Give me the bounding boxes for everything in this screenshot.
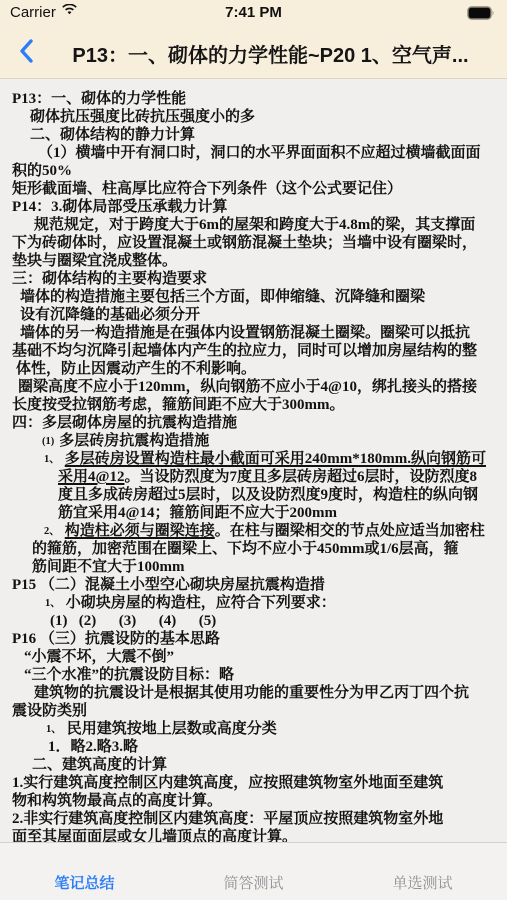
note-text: 2.非实行建筑高度控制区内建筑高度：平屋顶应按照建筑物室外地 [12, 811, 443, 827]
note-line: 度且多成砖房超过5层时，以及设防烈度9度时，构造柱的纵向钢 [12, 486, 495, 504]
note-text: 垫块与圈梁宜浇成整体。 [12, 253, 177, 269]
list-marker: (1) [42, 436, 54, 447]
note-line: （1）横墙中开有洞口时，洞口的水平界面面积不应超过横墙截面面 [12, 144, 495, 162]
note-text: 墙体的另一构造措施是在强体内设置钢筋混凝土圈梁。圈梁可以抵抗 [20, 325, 470, 341]
note-text: 建筑物的抗震设计是根据其使用功能的重要性分为甲乙丙丁四个抗 [34, 685, 469, 701]
note-line: 建筑物的抗震设计是根据其使用功能的重要性分为甲乙丙丁四个抗 [12, 684, 495, 702]
note-line: 三：砌体结构的主要构造要求 [12, 270, 495, 288]
note-line: 砌体抗压强度比砖抗压强度小的多 [12, 108, 495, 126]
note-line: P13：一、砌体的力学性能 [12, 90, 495, 108]
note-text: 二、砌体结构的静力计算 [30, 127, 195, 143]
note-line: 1．略2.略3.略 [12, 738, 495, 756]
note-line: 1.实行建筑高度控制区内建筑高度，应按照建筑物室外地面至建筑 [12, 774, 495, 792]
note-text: P15 （二）混凝土小型空心砌块房屋抗震构造措 [12, 577, 325, 593]
note-line: P15 （二）混凝土小型空心砌块房屋抗震构造措 [12, 576, 495, 594]
note-text: 民用建筑按地上层数或高度分类 [67, 721, 277, 737]
note-line: 圈梁高度不应小于120mm，纵向钢筋不应小于4@10，绑扎接头的搭接 [12, 378, 495, 396]
note-text: 二、建筑高度的计算 [32, 757, 167, 773]
note-text: P14：3.砌体局部受压承载力计算 [12, 199, 227, 215]
note-text: P13：一、砌体的力学性能 [12, 91, 186, 107]
note-text: 长度按受拉钢筋考虑，箍筋间距不应大于300mm。 [12, 397, 345, 413]
note-text: 度且多成砖房超过5层时，以及设防烈度9度时，构造柱的纵向钢 [58, 487, 478, 503]
back-button[interactable] [10, 37, 42, 69]
note-text: (1) (2) (3) (4) (5) [50, 613, 216, 629]
note-line: 1、小砌块房屋的构造柱，应符合下列要求： [12, 594, 495, 612]
note-line: 1、民用建筑按地上层数或高度分类 [12, 720, 495, 738]
note-line: 采用4@12。当设防烈度为7度且多层砖房超过6层时，设防烈度8 [12, 468, 495, 486]
note-line: 基础不均匀沉降引起墙体内产生的拉应力，同时可以增加房屋结构的整 [12, 342, 495, 360]
note-text-underlined: 构造柱必须与圈梁连接 [65, 523, 215, 539]
note-text: 下为砖砌体时，应设置混凝土或钢筋混凝土垫块；当墙中设有圈梁时， [12, 235, 477, 251]
note-text: 1.实行建筑高度控制区内建筑高度，应按照建筑物室外地面至建筑 [12, 775, 443, 791]
note-line: (1) (2) (3) (4) (5) [12, 612, 495, 630]
note-line: 矩形截面墙、柱高厚比应符合下列条件（这个公式要记住） [12, 180, 495, 198]
note-line: 规范规定，对于跨度大于6m的屋架和跨度大于4.8m的梁，其支撑面 [12, 216, 495, 234]
note-text: 三：砌体结构的主要构造要求 [12, 271, 207, 287]
page-title: P13：一、砌体的力学性能~P20 1、空气声... [44, 28, 497, 78]
note-line: 面至其屋面面层或女儿墙顶点的高度计算。 [12, 828, 495, 843]
note-text: 物和构筑物最高点的高度计算。 [12, 793, 222, 809]
note-line: “小震不坏，大震不倒” [12, 648, 495, 666]
note-text: 筋间距不宜大于100mm [32, 559, 185, 575]
note-text-underlined: 多层砖房设置构造柱最小截面可采用240mm*180mm.纵向钢筋可 [65, 451, 486, 467]
note-text: “小震不坏，大震不倒” [24, 649, 174, 665]
note-line: (1)多层砖房抗震构造措施 [12, 432, 495, 450]
note-text-underlined: 采用4@12 [58, 469, 124, 485]
note-text: 。在柱与圈梁相交的节点处应适当加密柱 [215, 523, 485, 539]
list-marker: 1、 [45, 598, 61, 609]
note-text: 砌体抗压强度比砖抗压强度小的多 [30, 109, 255, 125]
note-text: P16 （三）抗震设防的基本思路 [12, 631, 220, 647]
note-line: 下为砖砌体时，应设置混凝土或钢筋混凝土垫块；当墙中设有圈梁时， [12, 234, 495, 252]
list-marker: 2、 [44, 526, 60, 537]
note-line: 墙体的另一构造措施是在强体内设置钢筋混凝土圈梁。圈梁可以抵抗 [12, 324, 495, 342]
tab-short-answer-test[interactable]: 简答测试 [169, 843, 338, 900]
note-line: 体性，防止因震动产生的不利影响。 [12, 360, 495, 378]
list-marker: 1、 [46, 724, 62, 735]
note-line: “三个水准”的抗震设防目标：略 [12, 666, 495, 684]
battery-icon [467, 6, 495, 25]
note-text: 设有沉降缝的基础必须分开 [20, 307, 200, 323]
note-line: 筋宜采用4@14；箍筋间距不应大于200mm [12, 504, 495, 522]
note-text: 体性，防止因震动产生的不利影响。 [16, 361, 256, 377]
status-time: 7:41 PM [0, 4, 507, 21]
note-text: “三个水准”的抗震设防目标：略 [24, 667, 234, 683]
note-line: 垫块与圈梁宜浇成整体。 [12, 252, 495, 270]
note-text: 圈梁高度不应小于120mm，纵向钢筋不应小于4@10，绑扎接头的搭接 [18, 379, 477, 395]
app-screen: Carrier 7:41 PM P [0, 0, 507, 900]
tab-multiple-choice-test[interactable]: 单选测试 [338, 843, 507, 900]
notes-content[interactable]: P13：一、砌体的力学性能砌体抗压强度比砖抗压强度小的多二、砌体结构的静力计算（… [0, 79, 507, 843]
note-text: 多层砖房抗震构造措施 [59, 433, 209, 449]
note-text: 的箍筋，加密范围在圈梁上、下均不应小于450mm或1/6层高，箍 [32, 541, 459, 557]
note-text: 小砌块房屋的构造柱，应符合下列要求： [66, 595, 336, 611]
note-line: 2、构造柱必须与圈梁连接。在柱与圈梁相交的节点处应适当加密柱 [12, 522, 495, 540]
status-bar: Carrier 7:41 PM [0, 0, 507, 28]
note-line: 四：多层砌体房屋的抗震构造措施 [12, 414, 495, 432]
note-text: 墙体的构造措施主要包括三个方面，即伸缩缝、沉降缝和圈梁 [20, 289, 425, 305]
note-line: 的箍筋，加密范围在圈梁上、下均不应小于450mm或1/6层高，箍 [12, 540, 495, 558]
tab-bar: 笔记总结 简答测试 单选测试 [0, 842, 507, 900]
note-text: 。当设防烈度为7度且多层砖房超过6层时，设防烈度8 [124, 469, 477, 485]
note-text: 基础不均匀沉降引起墙体内产生的拉应力，同时可以增加房屋结构的整 [12, 343, 477, 359]
note-text: 筋宜采用4@14；箍筋间距不应大于200mm [58, 505, 337, 521]
note-text: 震设防类别 [12, 703, 87, 719]
tab-label: 单选测试 [392, 872, 452, 893]
note-line: 积的50% [12, 162, 495, 180]
note-text: 面至其屋面面层或女儿墙顶点的高度计算。 [12, 829, 297, 843]
note-text: 1．略2.略3.略 [48, 739, 138, 755]
note-line: 二、砌体结构的静力计算 [12, 126, 495, 144]
chevron-left-icon [19, 39, 33, 68]
tab-label: 简答测试 [223, 872, 283, 893]
note-line: 1、多层砖房设置构造柱最小截面可采用240mm*180mm.纵向钢筋可 [12, 450, 495, 468]
note-text: 规范规定，对于跨度大于6m的屋架和跨度大于4.8m的梁，其支撑面 [34, 217, 475, 233]
note-text: （1）横墙中开有洞口时，洞口的水平界面面积不应超过横墙截面面 [38, 145, 481, 161]
nav-bar: P13：一、砌体的力学性能~P20 1、空气声... [0, 28, 507, 79]
tab-label: 笔记总结 [54, 872, 114, 893]
note-line: 筋间距不宜大于100mm [12, 558, 495, 576]
list-marker: 1、 [44, 454, 60, 465]
note-line: 墙体的构造措施主要包括三个方面，即伸缩缝、沉降缝和圈梁 [12, 288, 495, 306]
note-text: 积的50% [12, 163, 72, 179]
note-line: 物和构筑物最高点的高度计算。 [12, 792, 495, 810]
note-line: 设有沉降缝的基础必须分开 [12, 306, 495, 324]
note-line: 震设防类别 [12, 702, 495, 720]
note-text: 矩形截面墙、柱高厚比应符合下列条件（这个公式要记住） [12, 181, 402, 197]
note-line: P14：3.砌体局部受压承载力计算 [12, 198, 495, 216]
tab-notes-summary[interactable]: 笔记总结 [0, 843, 169, 900]
note-line: 二、建筑高度的计算 [12, 756, 495, 774]
note-line: 长度按受拉钢筋考虑，箍筋间距不应大于300mm。 [12, 396, 495, 414]
note-line: P16 （三）抗震设防的基本思路 [12, 630, 495, 648]
note-text: 四：多层砌体房屋的抗震构造措施 [12, 415, 237, 431]
note-line: 2.非实行建筑高度控制区内建筑高度：平屋顶应按照建筑物室外地 [12, 810, 495, 828]
